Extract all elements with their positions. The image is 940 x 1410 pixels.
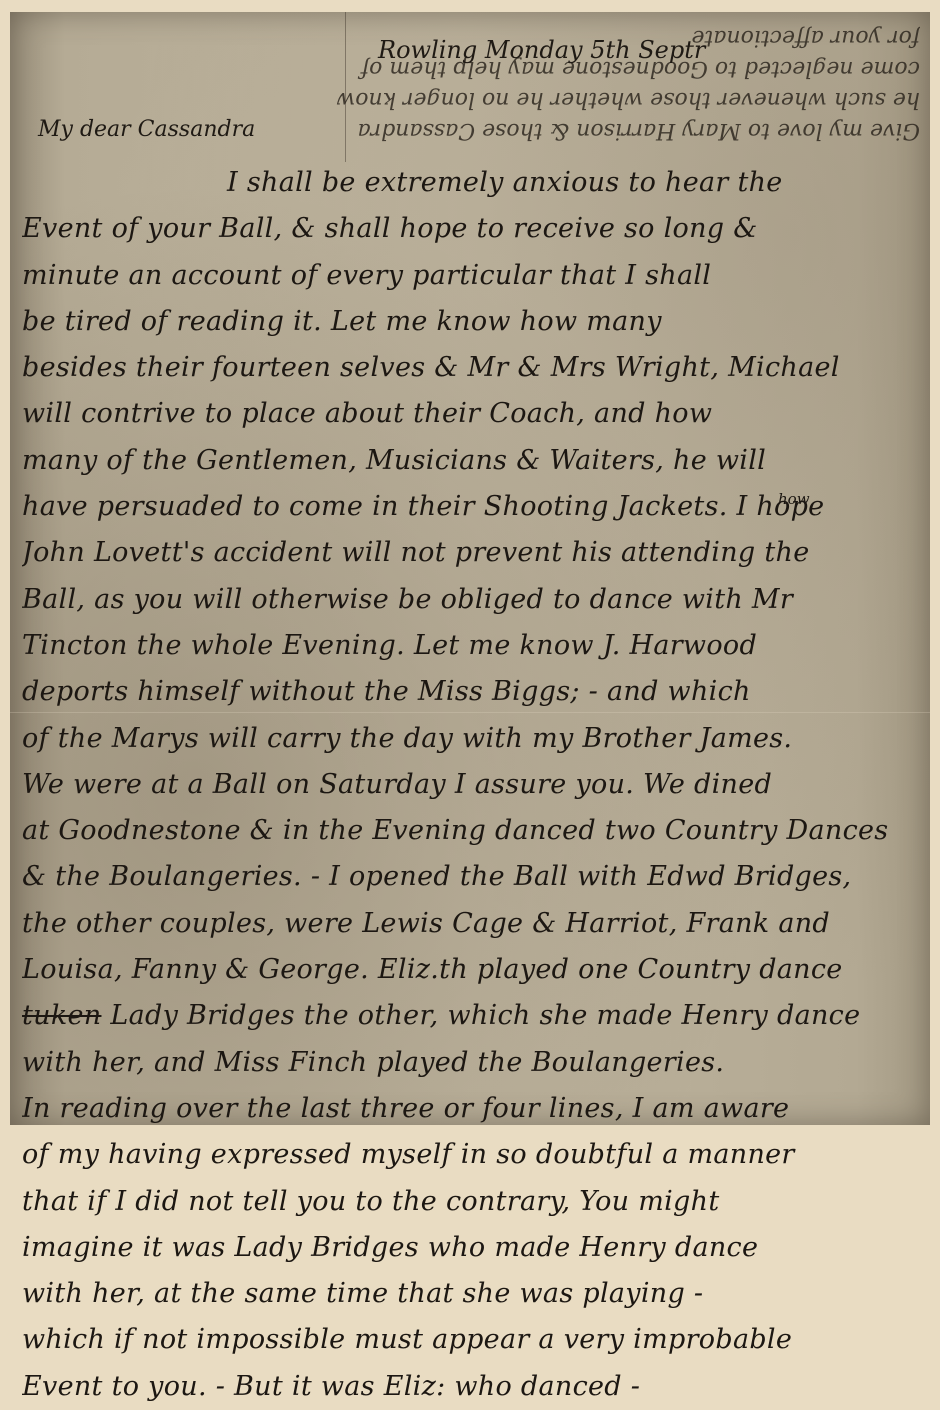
body-line: will contrive to place about their Coach… — [22, 391, 922, 437]
dateline: Rowling Monday 5th Septr — [378, 36, 705, 64]
body-line: of my having expressed myself in so doub… — [22, 1132, 922, 1137]
body-line: Event of your Ball, & shall hope to rece… — [22, 206, 922, 252]
letter-header: Give my love to Mary Harrison & those Ca… — [30, 22, 920, 157]
body-line: the other couples, were Lewis Cage & Har… — [22, 901, 922, 947]
body-line: Tincton the whole Evening. Let me know J… — [22, 623, 922, 669]
body-line: many of the Gentlemen, Musicians & Waite… — [22, 438, 922, 484]
body-line: In reading over the last three or four l… — [22, 1086, 922, 1132]
struck-word: tuken — [22, 1000, 101, 1031]
body-line: at Goodnestone & in the Evening danced t… — [22, 808, 922, 854]
salutation: My dear Cassandra — [38, 117, 255, 142]
body-line: of the Marys will carry the day with my … — [22, 716, 922, 762]
body-line: I shall be extremely anxious to hear the — [22, 160, 922, 206]
body-line: deports himself without the Miss Biggs; … — [22, 669, 922, 715]
body-line: with her, and Miss Finch played the Boul… — [22, 1040, 922, 1086]
crosswriting-line: he such whenever those whether he no lon… — [30, 84, 920, 115]
body-line: besides their fourteen selves & Mr & Mrs… — [22, 345, 922, 391]
body-line: John Lovett's accident will not prevent … — [22, 530, 922, 576]
body-line: have persuaded to come in their Shooting… — [22, 484, 922, 530]
body-line: We were at a Ball on Saturday I assure y… — [22, 762, 922, 808]
letter-page: Give my love to Mary Harrison & those Ca… — [10, 12, 930, 1125]
letter-body: I shall be extremely anxious to hear the… — [22, 160, 922, 1137]
body-line: minute an account of every particular th… — [22, 253, 922, 299]
body-line: Ball, as you will otherwise be obliged t… — [22, 577, 922, 623]
body-line: Louisa, Fanny & George. Eliz.th played o… — [22, 947, 922, 993]
body-line-text: Lady Bridges the other, which she made H… — [110, 1000, 860, 1031]
body-line: & the Boulangeries. - I opened the Ball … — [22, 854, 922, 900]
body-line-with-strikethrough: tuken Lady Bridges the other, which she … — [22, 993, 922, 1039]
body-line: be tired of reading it. Let me know how … — [22, 299, 922, 345]
